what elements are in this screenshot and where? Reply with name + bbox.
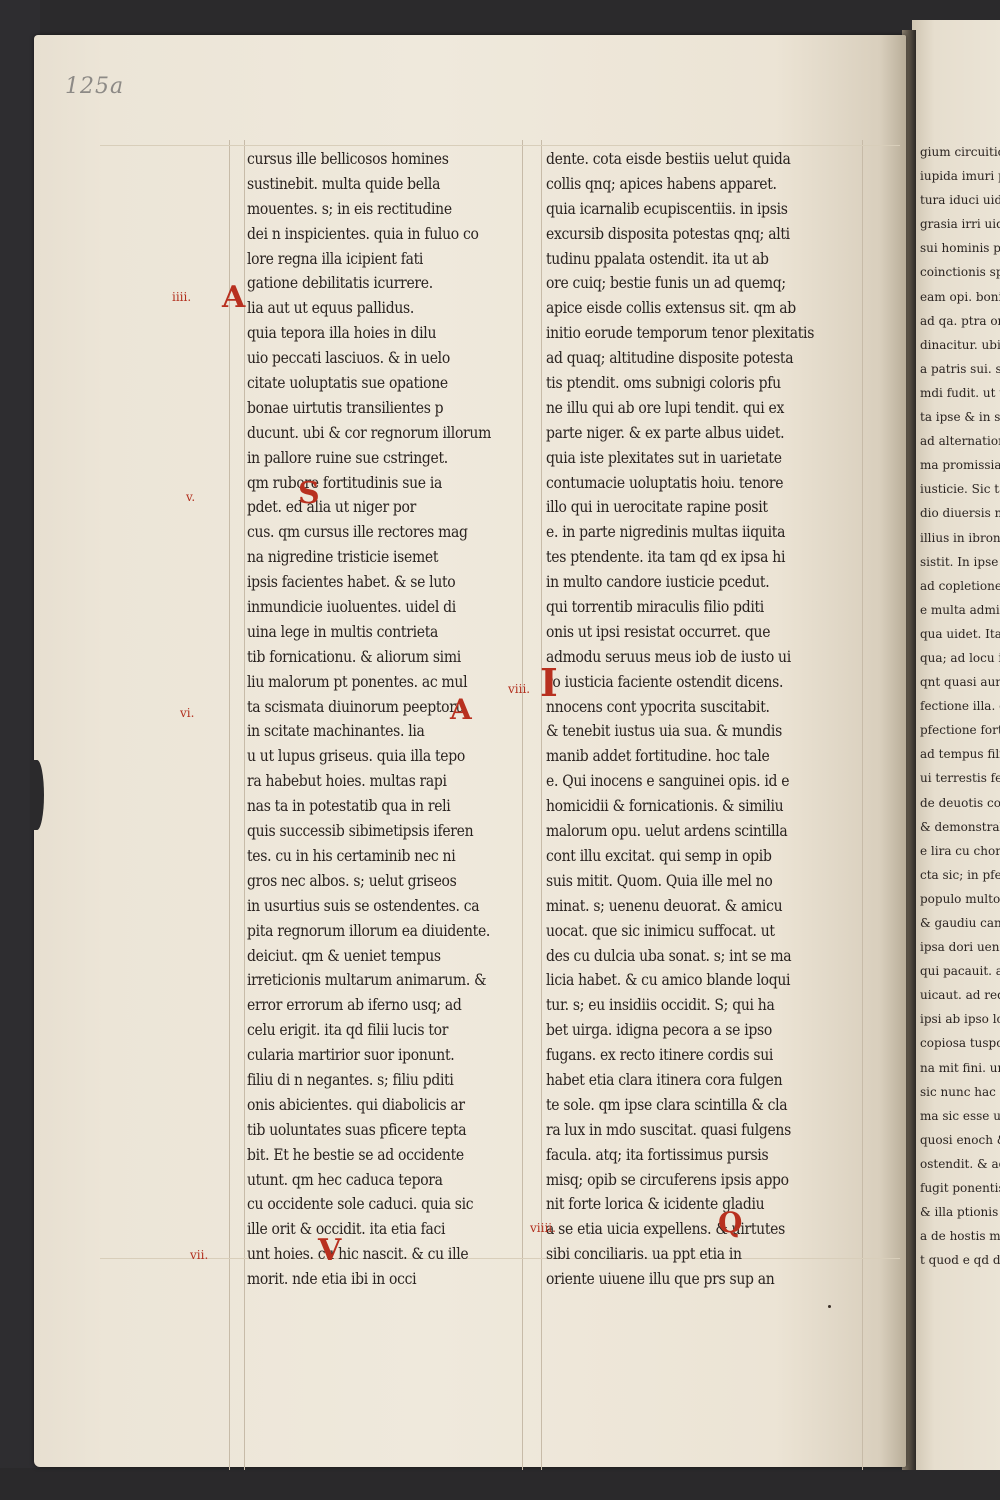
- facing-page-line: grasia irri uidet. qu: [920, 212, 1000, 236]
- facing-page-line: ipsa dori uenista: [920, 935, 1000, 959]
- ink-speck: [828, 1305, 831, 1308]
- facing-page-line: qui pacauit. a cor: [920, 959, 1000, 983]
- text-line: utunt. qm hec caduca tepora: [247, 1168, 527, 1193]
- folio-number: 125a: [65, 74, 124, 99]
- text-line: sustinebit. multa quide bella: [247, 172, 527, 197]
- text-line: in scitate machinantes. lia: [247, 719, 527, 744]
- text-line: mouentes. s; in eis rectitudine: [247, 197, 527, 222]
- text-line: parte niger. & ex parte albus uidet.: [546, 421, 886, 446]
- marginal-numeral: vii.: [190, 1248, 208, 1262]
- text-line: homicidii & fornicationis. & similiu: [546, 794, 886, 819]
- text-line: pita regnorum illorum ea diuidente.: [247, 919, 527, 944]
- text-line: ille orit & occidit. ita etia faci: [247, 1217, 527, 1242]
- facing-page-line: t quod e qd dicit: [920, 1248, 1000, 1272]
- facing-page-line: iusticie. Sic tam ui: [920, 477, 1000, 501]
- text-line: excursib disposita potestas qnq; alti: [546, 222, 886, 247]
- text-line: in usurtius suis se ostendentes. ca: [247, 894, 527, 919]
- text-line: nas ta in potestatib qua in reli: [247, 794, 527, 819]
- text-line: manib addet fortitudine. hoc tale: [546, 744, 886, 769]
- text-line: in multo candore iusticie pcedut.: [546, 570, 886, 595]
- text-line: gatione debilitatis icurrere.: [247, 271, 527, 296]
- facing-page-line: iupida imuri pfati: [920, 164, 1000, 188]
- text-line: celu erigit. ita qd filii lucis tor: [247, 1018, 527, 1043]
- text-line: uina lege in multis contrieta: [247, 620, 527, 645]
- text-line: ra habebut hoies. multas rapi: [247, 769, 527, 794]
- scan-background-bottom: [0, 1468, 1000, 1500]
- text-line: quia tepora illa hoies in dilu: [247, 321, 527, 346]
- rubric-initial: Q: [718, 1206, 742, 1239]
- facing-page-line: ad alternationem: [920, 429, 1000, 453]
- facing-page-line: quosi enoch &: [920, 1128, 1000, 1152]
- text-line: licia habet. & cu amico blande loqui: [546, 968, 886, 993]
- text-line: contumacie uoluptatis hoiu. tenore: [546, 471, 886, 496]
- facing-page-text: gium circuitioniiupida imuri pfatitura i…: [920, 140, 1000, 1272]
- text-line: ro iusticia faciente ostendit dicens.: [546, 670, 886, 695]
- rubric-initial: V: [318, 1233, 341, 1268]
- facing-page-line: ipsi ab ipso loco u: [920, 1007, 1000, 1031]
- text-column-left: cursus ille bellicosos hominessustinebit…: [247, 147, 527, 1292]
- leaf-edge-notch: [30, 760, 44, 830]
- facing-page-line: uicaut. ad reque te: [920, 983, 1000, 1007]
- marginal-numeral: iiii.: [172, 290, 191, 304]
- marginal-numeral: vi.: [180, 706, 194, 720]
- facing-page-line: copiosa tuspositi: [920, 1031, 1000, 1055]
- text-line: ne illu qui ab ore lupi tendit. qui ex: [546, 396, 886, 421]
- text-line: cursus ille bellicosos homines: [247, 147, 527, 172]
- text-line: dei n inspicientes. quia in fuluo co: [247, 222, 527, 247]
- text-line: habet etia clara itinera cora fulgen: [546, 1068, 886, 1093]
- text-line: bet uirga. idigna pecora a se ipso: [546, 1018, 886, 1043]
- facing-page-line: & illa ptionis uelut: [920, 1200, 1000, 1224]
- facing-page-line: qua uidet. Ita u: [920, 622, 1000, 646]
- rubric-initial: S: [298, 476, 320, 511]
- text-line: pdet. ed alia ut niger por: [247, 495, 527, 520]
- facing-page-line: qnt quasi aurora: [920, 670, 1000, 694]
- rubric-initial: I: [540, 660, 558, 705]
- text-line: citate uoluptatis sue opatione: [247, 371, 527, 396]
- ruling-line-vertical: [541, 140, 542, 1470]
- facing-page-line: fugit ponentis.: [920, 1176, 1000, 1200]
- text-line: quia icarnalib ecupiscentiis. in ipsis: [546, 197, 886, 222]
- text-line: u ut lupus griseus. quia illa tepo: [247, 744, 527, 769]
- facing-page-line: e lira cu chorea: [920, 839, 1000, 863]
- facing-page-line: na mit fini. umbri: [920, 1056, 1000, 1080]
- text-line: ra lux in mdo suscitat. quasi fulgens: [546, 1118, 886, 1143]
- facing-page-line: ui terrestis fe simul: [920, 766, 1000, 790]
- text-line: ducunt. ubi & cor regnorum illorum: [247, 421, 527, 446]
- facing-page-line: dinacitur. ubi ide fili: [920, 333, 1000, 357]
- text-line: onis abicientes. qui diabolicis ar: [247, 1093, 527, 1118]
- text-line: a se etia uicia expellens. & uirtutes: [546, 1217, 886, 1242]
- text-line: malorum opu. uelut ardens scintilla: [546, 819, 886, 844]
- text-line: apice eisde collis extensus sit. qm ab: [546, 296, 886, 321]
- ruling-line-vertical: [244, 140, 245, 1470]
- facing-page-line: sic nunc hac qua fi: [920, 1080, 1000, 1104]
- text-line: lia aut ut equus pallidus.: [247, 296, 527, 321]
- text-line: inmundicie iuoluentes. uidel di: [247, 595, 527, 620]
- facing-page-line: tura iduci uidet: [920, 188, 1000, 212]
- text-line: tib fornicationu. & aliorum simi: [247, 645, 527, 670]
- text-line: tes ptendente. ita tam qd ex ipsa hi: [546, 545, 886, 570]
- marginal-numeral: viii.: [508, 682, 530, 696]
- text-line: quia iste plexitates sut in uarietate: [546, 446, 886, 471]
- text-line: quis successib sibimetipsis iferen: [247, 819, 527, 844]
- text-line: ore cuiq; bestie funis un ad quemq;: [546, 271, 886, 296]
- text-line: minat. s; uenenu deuorat. & amicu: [546, 894, 886, 919]
- facing-page-line: pfectione fortitud: [920, 718, 1000, 742]
- facing-page-line: & demonstrabit.: [920, 815, 1000, 839]
- text-line: cularia martirior suor iponunt.: [247, 1043, 527, 1068]
- facing-page-line: ad qa. ptra omma: [920, 309, 1000, 333]
- text-line: qm rubore fortitudinis sue ia: [247, 471, 527, 496]
- text-line: nnocens cont ypocrita suscitabit.: [546, 695, 886, 720]
- rubric-initial: A: [222, 280, 245, 315]
- marginal-numeral: v.: [186, 490, 195, 504]
- text-line: & tenebit iustus uia sua. & mundis: [546, 719, 886, 744]
- text-line: te sole. qm ipse clara scintilla & cla: [546, 1093, 886, 1118]
- text-line: tudinu ppalata ostendit. ita ut ab: [546, 247, 886, 272]
- facing-page-line: ad copletione: [920, 574, 1000, 598]
- ruling-line-vertical: [229, 140, 230, 1470]
- text-line: morit. nde etia ibi in occi: [247, 1267, 527, 1292]
- text-line: e. in parte nigredinis multas iiquita: [546, 520, 886, 545]
- facing-page-line: qua; ad locu i: [920, 646, 1000, 670]
- facing-page-line: a patris sui. sangu: [920, 357, 1000, 381]
- facing-page-line: a de hostis multo: [920, 1224, 1000, 1248]
- facing-page-line: ostendit. & ad supi: [920, 1152, 1000, 1176]
- text-line: uocat. que sic inimicu suffocat. ut: [546, 919, 886, 944]
- text-line: sibi conciliaris. ua ppt etia in: [546, 1242, 886, 1267]
- facing-page-line: e multa admira: [920, 598, 1000, 622]
- facing-page-line: ta ipse & in seden: [920, 405, 1000, 429]
- text-line: onis ut ipsi resistat occurret. que: [546, 620, 886, 645]
- text-line: e. Qui inocens e sanguinei opis. id e: [546, 769, 886, 794]
- marginal-numeral: viiii.: [530, 1221, 556, 1235]
- text-line: nit forte lorica & icidente gladiu: [546, 1192, 886, 1217]
- text-line: suis mitit. Quom. Quia ille mel no: [546, 869, 886, 894]
- text-line: fugans. ex recto itinere cordis sui: [546, 1043, 886, 1068]
- text-line: tes. cu in his certaminib nec ni: [247, 844, 527, 869]
- text-line: oriente uiuene illu que prs sup an: [546, 1267, 886, 1292]
- text-line: ipsis facientes habet. & se luto: [247, 570, 527, 595]
- facing-page-line: cta sic; in pferu: [920, 863, 1000, 887]
- ruling-line-top: [100, 145, 900, 146]
- facing-page-line: sistit. In ipse spo: [920, 550, 1000, 574]
- facing-page-line: populo multos: [920, 887, 1000, 911]
- text-line: tur. s; eu insidiis occidit. S; qui ha: [546, 993, 886, 1018]
- text-line: uio peccati lasciuos. & in uelo: [247, 346, 527, 371]
- text-line: cont illu excitat. qui semp in opib: [546, 844, 886, 869]
- text-line: cu occidente sole caduci. quia sic: [247, 1192, 527, 1217]
- text-line: collis qnq; apices habens apparet.: [546, 172, 886, 197]
- text-line: in pallore ruine sue cstringet.: [247, 446, 527, 471]
- facing-page-line: sui hominis pfiden: [920, 236, 1000, 260]
- text-line: des cu dulcia uba sonat. s; int se ma: [546, 944, 886, 969]
- facing-page-line: gium circuitioni: [920, 140, 1000, 164]
- facing-page-line: illius in ibron se: [920, 526, 1000, 550]
- text-line: cus. qm cursus ille rectores mag: [247, 520, 527, 545]
- text-line: facula. atq; ita fortissimus pursis: [546, 1143, 886, 1168]
- text-line: irreticionis multarum animarum. &: [247, 968, 527, 993]
- facing-page-line: & gaudiu cantu: [920, 911, 1000, 935]
- text-line: initio eorude temporum tenor plexitatis: [546, 321, 886, 346]
- text-line: bonae uirtutis transilientes p: [247, 396, 527, 421]
- facing-page-line: de deuotis colen: [920, 791, 1000, 815]
- text-line: deiciut. qm & ueniet tempus: [247, 944, 527, 969]
- facing-page-line: coinctionis speculat: [920, 260, 1000, 284]
- facing-page-line: mdi fudit. ut t: [920, 381, 1000, 405]
- text-line: unt hoies. cu hic nascit. & cu ille: [247, 1242, 527, 1267]
- facing-page-line: dio diuersis mot: [920, 501, 1000, 525]
- text-line: qui torrentib miraculis filio pditi: [546, 595, 886, 620]
- text-line: ta scismata diuinorum peeptoru: [247, 695, 527, 720]
- text-line: na nigredine tristicie isemet: [247, 545, 527, 570]
- text-line: ad quaq; altitudine disposite potesta: [546, 346, 886, 371]
- text-line: tis ptendit. oms subnigi coloris pfu: [546, 371, 886, 396]
- facing-page-line: fectione illa. cu i: [920, 694, 1000, 718]
- facing-page-edge: gium circuitioniiupida imuri pfatitura i…: [912, 20, 1000, 1470]
- rubric-initial: A: [450, 693, 472, 726]
- facing-page-line: eam opi. bonitat: [920, 285, 1000, 309]
- text-line: gros nec albos. s; uelut griseos: [247, 869, 527, 894]
- facing-page-line: ma sic esse usq;: [920, 1104, 1000, 1128]
- facing-page-line: ad tempus filii pe: [920, 742, 1000, 766]
- text-column-right: dente. cota eisde bestiis uelut quidacol…: [546, 147, 886, 1292]
- text-line: filiu di n negantes. s; filiu pditi: [247, 1068, 527, 1093]
- text-line: misq; opib se circuferens ipsis appo: [546, 1168, 886, 1193]
- facing-page-line: ma promissia mira: [920, 453, 1000, 477]
- text-line: lore regna illa icipient fati: [247, 247, 527, 272]
- text-line: bit. Et he bestie se ad occidente: [247, 1143, 527, 1168]
- text-line: admodu seruus meus iob de iusto ui: [546, 645, 886, 670]
- text-line: error errorum ab iferno usq; ad: [247, 993, 527, 1018]
- text-line: illo qui in uerocitate rapine posit: [546, 495, 886, 520]
- text-line: liu malorum pt ponentes. ac mul: [247, 670, 527, 695]
- text-line: tib uoluntates suas pficere tepta: [247, 1118, 527, 1143]
- text-line: dente. cota eisde bestiis uelut quida: [546, 147, 886, 172]
